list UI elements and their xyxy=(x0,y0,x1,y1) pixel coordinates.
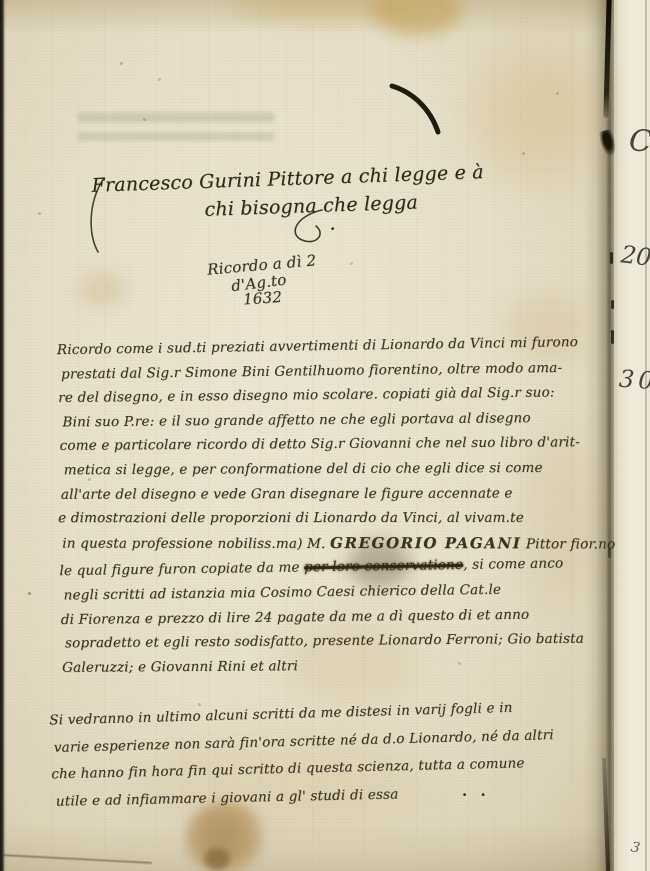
fold-mark xyxy=(608,548,611,558)
manuscript-line: e dimostrazioni delle proporzioni di Lio… xyxy=(58,506,598,531)
ink-dots: · · xyxy=(462,786,490,804)
line-text: , si come anco xyxy=(463,556,563,574)
manuscript-scan: Francesco Gurini Pittore a chi legge e à… xyxy=(0,0,650,871)
fold-mark xyxy=(611,330,614,344)
address-block: Francesco Gurini Pittore a chi legge e à… xyxy=(91,161,485,225)
caps-text: GREGORIO PAGANI xyxy=(330,534,521,552)
strike-text: per loro conservatione xyxy=(304,557,463,575)
line-text: in questa professione nobiliss.ma) M. xyxy=(62,535,330,551)
stain xyxy=(470,50,600,180)
fold-mark xyxy=(610,252,613,264)
adjacent-page-mark: 20 xyxy=(619,240,650,272)
ink-showthrough xyxy=(78,106,274,158)
ink-dot: · xyxy=(330,220,339,238)
adjacent-page-mark: C xyxy=(627,123,650,160)
closing-paragraph: Si vedranno in ultimo alcuni scritti da … xyxy=(49,695,599,816)
dateline-year: 1632 xyxy=(242,285,316,308)
manuscript-page: Francesco Gurini Pittore a chi legge e à… xyxy=(0,0,614,871)
pen-flourish-stroke xyxy=(386,80,450,142)
manuscript-line: come e particolare ricordo di detto Sig.… xyxy=(59,430,597,458)
adjacent-page-mark: 30 xyxy=(618,365,650,396)
address-line-2: chi bisogna che legga xyxy=(204,189,485,221)
aged-top-edge xyxy=(0,0,614,34)
manuscript-line: all'arte del disegno e vede Gran disegna… xyxy=(61,481,598,507)
manuscript-line: metica si legge, e per conformatione del… xyxy=(64,456,598,483)
page-left-edge xyxy=(0,0,6,871)
fold-mark xyxy=(611,300,614,309)
aged-bottom-edge xyxy=(0,825,614,871)
stain xyxy=(78,272,126,306)
body-paragraph: Ricordo come i sud.ti preziati avvertime… xyxy=(57,332,599,680)
manuscript-line: Galeruzzi; e Giovanni Rini et altri xyxy=(62,652,599,680)
dateline-block: Ricordo a dì 2 d'Ag.to 1632 xyxy=(207,256,316,306)
line-text: le qual figure furon copiate da me xyxy=(59,560,304,580)
